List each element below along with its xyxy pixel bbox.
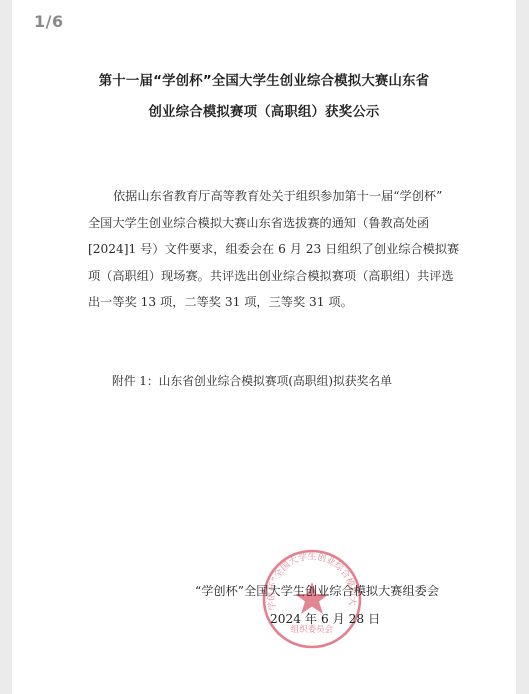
body-line: 依据山东省教育厅高等教育处关于组织参加第十一届“学创杯” [88, 183, 440, 210]
body-line: [2024]1 号）文件要求，组委会在 6 月 23 日组织了创业综合模拟赛 [88, 236, 440, 263]
official-seal-icon: “学创杯”全国大学生创业综合模拟大赛 组织委员会 [261, 548, 363, 650]
document-page: 1/6 第十一届“学创杯”全国大学生创业综合模拟大赛山东省 创业综合模拟赛项（高… [12, 0, 516, 694]
body-paragraph: 依据山东省教育厅高等教育处关于组织参加第十一届“学创杯” 全国大学生创业综合模拟… [88, 183, 440, 316]
body-line: 全国大学生创业综合模拟大赛山东省选拔赛的通知（鲁教高处函 [88, 210, 440, 237]
page-indicator: 1/6 [34, 12, 64, 31]
document-title-line-2: 创业综合模拟赛项（高职组）获奖公示 [12, 101, 516, 120]
signature-organizer: “学创杯”全国大学生创业综合模拟大赛组委会 [195, 582, 439, 599]
body-line: 项（高职组）现场赛。共评选出创业综合模拟赛项（高职组）共评选 [88, 263, 440, 290]
document-title-line-1: 第十一届“学创杯”全国大学生创业综合模拟大赛山东省 [12, 70, 516, 89]
attachment-note: 附件 1：山东省创业综合模拟赛项(高职组)拟获奖名单 [112, 372, 392, 389]
body-line: 出一等奖 13 项，二等奖 31 项，三等奖 31 项。 [88, 289, 440, 316]
pdf-viewer: 1/6 第十一届“学创杯”全国大学生创业综合模拟大赛山东省 创业综合模拟赛项（高… [0, 0, 529, 694]
signature-date: 2024 年 6 月 28 日 [270, 610, 380, 627]
